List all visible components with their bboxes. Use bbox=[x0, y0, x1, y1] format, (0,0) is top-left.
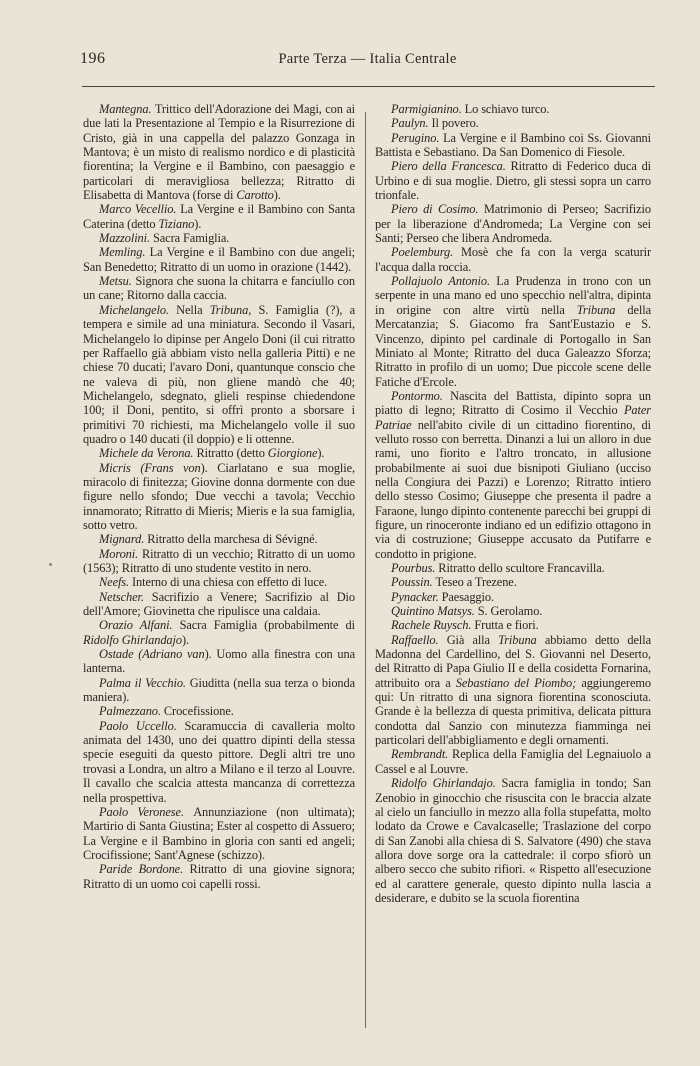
catalogue-entry: Ostade (Adriano van). Uomo alla finestra… bbox=[83, 647, 355, 676]
entry-text: Lo schiavo turco. bbox=[465, 102, 550, 116]
artist-name: Quintino Matsys. bbox=[391, 604, 478, 618]
catalogue-entry: Paulyn. Il povero. bbox=[375, 116, 651, 130]
catalogue-entry: Poussin. Teseo a Trezene. bbox=[375, 575, 651, 589]
catalogue-entry: Piero di Cosimo. Matrimonio di Perseo; S… bbox=[375, 202, 651, 245]
catalogue-entry: Paolo Uccello. Scaramuccia di cavalleria… bbox=[83, 719, 355, 805]
catalogue-entry: Paride Bordone. Ritratto di una giovine … bbox=[83, 862, 355, 891]
entry-text: Sacra Famiglia (probabilmente di bbox=[180, 618, 355, 632]
italic-text: Sebastiano del Piombo; bbox=[456, 676, 576, 690]
entry-text: Sacra famiglia in tondo; San Zenobio in … bbox=[375, 776, 651, 905]
catalogue-entry: Pollajuolo Antonio. La Prudenza in trono… bbox=[375, 274, 651, 389]
entry-text: Ritratto dello scultore Francavilla. bbox=[438, 561, 604, 575]
left-column: Mantegna. Trittico dell'Adorazione dei M… bbox=[83, 102, 355, 891]
artist-name: Piero della Francesca. bbox=[391, 159, 511, 173]
artist-name: Pynacker. bbox=[391, 590, 442, 604]
catalogue-entry: Palma il Vecchio. Giuditta (nella sua te… bbox=[83, 676, 355, 705]
entry-text: Sacra Famiglia. bbox=[153, 231, 229, 245]
catalogue-entry: Pynacker. Paesaggio. bbox=[375, 590, 651, 604]
entry-text: Teseo a Trezene. bbox=[436, 575, 517, 589]
catalogue-entry: Rembrandt. Replica della Famiglia del Le… bbox=[375, 747, 651, 776]
catalogue-entry: Memling. La Vergine e il Bambino con due… bbox=[83, 245, 355, 274]
catalogue-entry: Pontormo. Nascita del Battista, dipinto … bbox=[375, 389, 651, 561]
artist-name: Pollajuolo Antonio. bbox=[391, 274, 496, 288]
catalogue-entry: Parmigianino. Lo schiavo turco. bbox=[375, 102, 651, 116]
artist-name: Poelemburg. bbox=[391, 245, 461, 259]
artist-name: Rachele Ruysch. bbox=[391, 618, 474, 632]
artist-name: Neefs. bbox=[99, 575, 132, 589]
italic-text: Adriano van bbox=[142, 647, 204, 661]
artist-name: Pontormo. bbox=[391, 389, 450, 403]
catalogue-entry: Metsu. Signora che suona la chitarra e f… bbox=[83, 274, 355, 303]
catalogue-entry: Paolo Veronese. Annunziazione (non ultim… bbox=[83, 805, 355, 862]
artist-name: Michelangelo. bbox=[99, 303, 176, 317]
catalogue-entry: Micris (Frans von). Ciarlatano e sua mog… bbox=[83, 461, 355, 533]
artist-name: Ostade ( bbox=[99, 647, 142, 661]
entry-text: Crocefissione. bbox=[164, 704, 234, 718]
catalogue-entry: Rachele Ruysch. Frutta e fiori. bbox=[375, 618, 651, 632]
entry-text: ). bbox=[194, 217, 201, 231]
artist-name: Paolo Veronese. bbox=[99, 805, 193, 819]
catalogue-entry: Quintino Matsys. S. Gerolamo. bbox=[375, 604, 651, 618]
catalogue-entry: Perugino. La Vergine e il Bambino coi Ss… bbox=[375, 131, 651, 160]
entry-text: S. Gerolamo. bbox=[478, 604, 543, 618]
catalogue-entry: Piero della Francesca. Ritratto di Feder… bbox=[375, 159, 651, 202]
catalogue-entry: Ridolfo Ghirlandajo. Sacra famiglia in t… bbox=[375, 776, 651, 905]
artist-name: Paolo Uccello. bbox=[99, 719, 184, 733]
italic-text: Tribuna bbox=[577, 303, 616, 317]
page-header: 196 Parte Terza — Italia Centrale bbox=[80, 50, 655, 70]
catalogue-entry: Marco Vecellio. La Vergine e il Bambino … bbox=[83, 202, 355, 231]
entry-text: Frutta e fiori. bbox=[474, 618, 538, 632]
artist-name: Memling. bbox=[99, 245, 150, 259]
artist-name: Piero di Cosimo. bbox=[391, 202, 484, 216]
catalogue-entry: Pourbus. Ritratto dello scultore Francav… bbox=[375, 561, 651, 575]
artist-name: Mantegna. bbox=[99, 102, 155, 116]
italic-text: Ridolfo Ghirlandajo bbox=[83, 633, 182, 647]
entry-text: Già alla bbox=[447, 633, 498, 647]
artist-name: Orazio Alfani. bbox=[99, 618, 180, 632]
entry-text: , S. Famiglia (?), a tempera e simile ad… bbox=[83, 303, 355, 446]
entry-text: ). bbox=[317, 446, 324, 460]
artist-name: Ridolfo Ghirlandajo. bbox=[391, 776, 502, 790]
artist-name: Paulyn. bbox=[391, 116, 432, 130]
italic-text: Tribuna bbox=[498, 633, 537, 647]
artist-name: Michele da Verona. bbox=[99, 446, 196, 460]
catalogue-entry: Michelangelo. Nella Tribuna, S. Famiglia… bbox=[83, 303, 355, 446]
artist-name: Poussin. bbox=[391, 575, 436, 589]
entry-text: Interno di una chiesa con effetto di luc… bbox=[132, 575, 327, 589]
entry-text: Ritratto (detto bbox=[196, 446, 267, 460]
artist-name: Rembrandt. bbox=[391, 747, 452, 761]
catalogue-entry: Orazio Alfani. Sacra Famiglia (probabilm… bbox=[83, 618, 355, 647]
margin-mark bbox=[49, 563, 52, 566]
italic-text: Tribuna bbox=[210, 303, 249, 317]
artist-name: Micris ( bbox=[99, 461, 144, 475]
catalogue-entry: Mazzolini. Sacra Famiglia. bbox=[83, 231, 355, 245]
entry-text: ). bbox=[274, 188, 281, 202]
artist-name: Mazzolini. bbox=[99, 231, 153, 245]
entry-text: ). bbox=[182, 633, 189, 647]
artist-name: Palma il Vecchio. bbox=[99, 676, 190, 690]
artist-name: Netscher. bbox=[99, 590, 152, 604]
artist-name: Perugino. bbox=[391, 131, 443, 145]
artist-name: Moroni. bbox=[99, 547, 142, 561]
catalogue-entry: Netscher. Sacrifizio a Venere; Sacrifizi… bbox=[83, 590, 355, 619]
entry-text: Ritratto della marchesa di Sévigné. bbox=[147, 532, 317, 546]
italic-text: Frans von bbox=[144, 461, 200, 475]
catalogue-entry: Neefs. Interno di una chiesa con effetto… bbox=[83, 575, 355, 589]
catalogue-entry: Mignard. Ritratto della marchesa di Sévi… bbox=[83, 532, 355, 546]
header-rule bbox=[82, 86, 655, 87]
right-column: Parmigianino. Lo schiavo turco.Paulyn. I… bbox=[375, 102, 651, 905]
artist-name: Marco Vecellio. bbox=[99, 202, 180, 216]
catalogue-entry: Palmezzano. Crocefissione. bbox=[83, 704, 355, 718]
catalogue-entry: Raffaello. Già alla Tribuna abbiamo dett… bbox=[375, 633, 651, 748]
artist-name: Palmezzano. bbox=[99, 704, 164, 718]
entry-text: Paesaggio. bbox=[442, 590, 494, 604]
entry-text: Il povero. bbox=[432, 116, 479, 130]
catalogue-entry: Mantegna. Trittico dell'Adorazione dei M… bbox=[83, 102, 355, 202]
italic-text: Tiziano bbox=[158, 217, 194, 231]
running-title: Parte Terza — Italia Centrale bbox=[80, 51, 655, 68]
catalogue-entry: Poelemburg. Mosè che fa con la verga sca… bbox=[375, 245, 651, 274]
entry-text: Nella bbox=[176, 303, 210, 317]
entry-text: nell'abito civile di un cittadino fioren… bbox=[375, 418, 651, 561]
column-divider bbox=[365, 112, 366, 1028]
artist-name: Metsu. bbox=[99, 274, 135, 288]
entry-text: Trittico dell'Adorazione dei Magi, con a… bbox=[83, 102, 355, 202]
artist-name: Parmigianino. bbox=[391, 102, 465, 116]
artist-name: Paride Bordone. bbox=[99, 862, 190, 876]
artist-name: Raffaello. bbox=[391, 633, 447, 647]
italic-text: Carotto bbox=[236, 188, 273, 202]
artist-name: Mignard. bbox=[99, 532, 147, 546]
catalogue-entry: Moroni. Ritratto di un vecchio; Ritratto… bbox=[83, 547, 355, 576]
catalogue-entry: Michele da Verona. Ritratto (detto Giorg… bbox=[83, 446, 355, 460]
italic-text: Giorgione bbox=[268, 446, 318, 460]
artist-name: Pourbus. bbox=[391, 561, 438, 575]
